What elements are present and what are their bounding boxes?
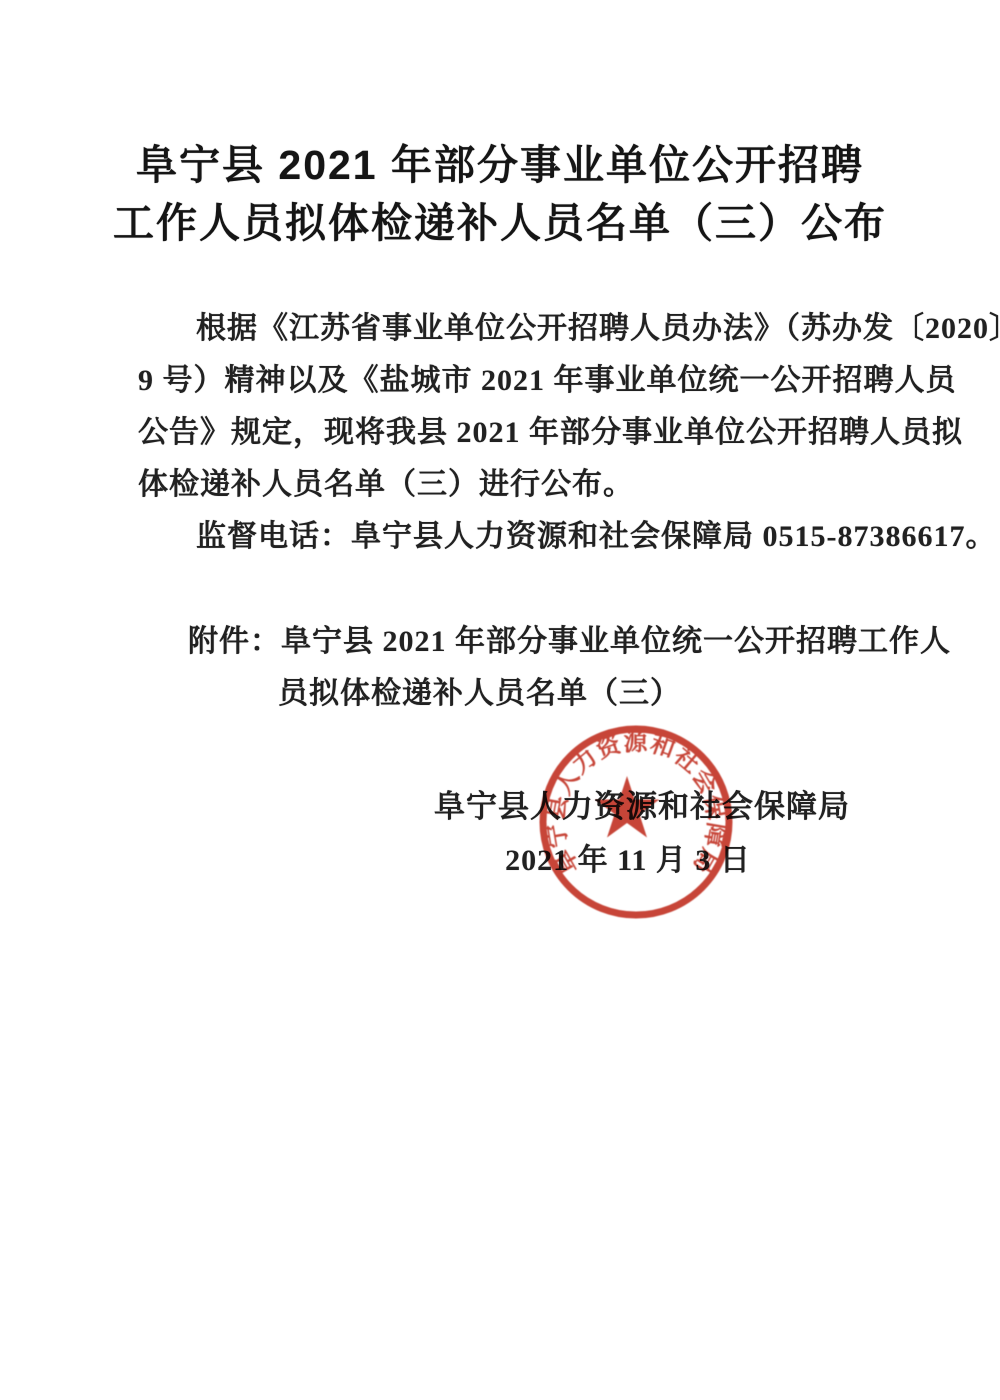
attachment-line-2: 员拟体检递补人员名单（三） — [188, 668, 968, 720]
body-line-2: 9 号）精神以及《盐城市 2021 年事业单位统一公开招聘人员 — [138, 355, 958, 407]
body-line-5-supervision-phone: 监督电话：阜宁县人力资源和社会保障局 0515-87386617。 — [138, 511, 958, 563]
title-line-2: 工作人员拟体检递补人员名单（三）公布 — [0, 194, 1000, 252]
title-line-1: 阜宁县 2021 年部分事业单位公开招聘 — [0, 136, 1000, 194]
body-line-4: 体检递补人员名单（三）进行公布。 — [138, 459, 958, 511]
scanned-document-page: 阜宁县 2021 年部分事业单位公开招聘 工作人员拟体检递补人员名单（三）公布 … — [0, 0, 1000, 1400]
issue-date: 2021 年 11 月 3 日 — [505, 835, 751, 879]
body-line-3: 公告》规定，现将我县 2021 年部分事业单位公开招聘人员拟 — [138, 407, 958, 459]
attachment-block: 附件：阜宁县 2021 年部分事业单位统一公开招聘工作人 员拟体检递补人员名单（… — [188, 616, 968, 720]
issuing-authority-signature: 阜宁县人力资源和社会保障局 — [434, 781, 850, 826]
document-body: 根据《江苏省事业单位公开招聘人员办法》（苏办发〔2020〕 9 号）精神以及《盐… — [138, 303, 958, 563]
attachment-line-1: 附件：阜宁县 2021 年部分事业单位统一公开招聘工作人 — [188, 616, 968, 668]
document-title: 阜宁县 2021 年部分事业单位公开招聘 工作人员拟体检递补人员名单（三）公布 — [0, 136, 1000, 252]
body-line-1: 根据《江苏省事业单位公开招聘人员办法》（苏办发〔2020〕 — [138, 303, 958, 355]
